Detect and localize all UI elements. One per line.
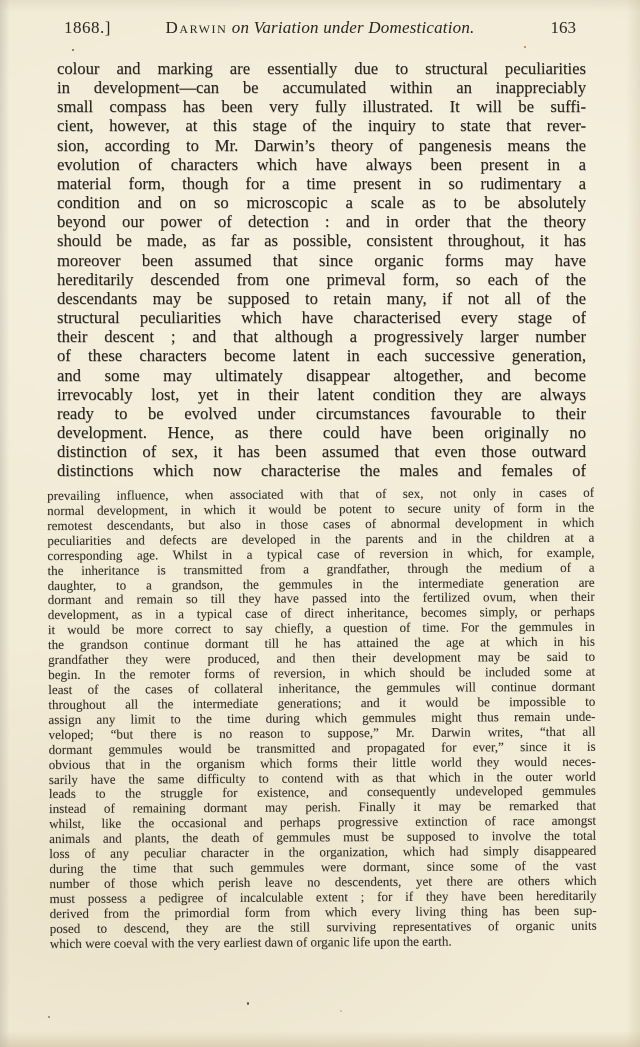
text-line: irrevocably lost, yet in their latent co… <box>57 385 586 404</box>
paper-speck <box>72 49 74 51</box>
text-line: descendants may be supposed to retain ma… <box>57 289 586 308</box>
text-line: structural peculiarities which have char… <box>57 308 586 327</box>
paper-speck <box>247 1002 249 1005</box>
page-header: 1868.] Darwin on Variation under Domesti… <box>0 18 640 44</box>
text-line: which were coeval with the very earliest… <box>50 933 597 951</box>
text-line: condition and on so microscopic a scale … <box>57 193 586 212</box>
text-line: their descent ; and that although a prog… <box>57 327 586 346</box>
text-line: and some may ultimately disappear altoge… <box>57 366 586 385</box>
text-line: development. Hence, as there could have … <box>57 423 586 442</box>
text-line: ready to be evolved under circumstances … <box>57 404 586 423</box>
text-line: distinctions which now characterise the … <box>57 461 586 480</box>
text-line: in development—can be accumulated within… <box>57 78 586 97</box>
text-line: cient, however, at this stage of the inq… <box>57 116 586 135</box>
footnote-text-block: prevailing influence, when associated wi… <box>47 486 597 952</box>
text-line: sion, according to Mr. Darwin’s theory o… <box>57 136 586 155</box>
header-year: 1868.] <box>64 18 111 38</box>
page-number: 163 <box>551 18 577 38</box>
text-line: beyond our power of detection : and in o… <box>57 212 586 231</box>
paper-speck <box>48 1016 50 1018</box>
running-title-text: on Variation under Domestication. <box>227 18 474 37</box>
paper-speck <box>340 1010 342 1012</box>
running-title: Darwin on Variation under Domestication. <box>110 18 530 38</box>
text-line: hereditarily descended from one primeval… <box>57 270 586 289</box>
text-line: moreover been assumed that since organic… <box>57 251 586 270</box>
text-line: colour and marking are essentially due t… <box>57 59 586 78</box>
text-line: evolution of characters which have alway… <box>57 155 586 174</box>
scanned-book-page: 1868.] Darwin on Variation under Domesti… <box>0 0 640 1047</box>
main-text-block: colour and marking are essentially due t… <box>57 59 586 480</box>
paper-speck <box>524 46 526 48</box>
text-line: material form, though for a time present… <box>57 174 586 193</box>
text-line: should be made, as far as possible, cons… <box>57 231 586 250</box>
text-line: distinction of sex, it has been assumed … <box>57 442 586 461</box>
text-line: small compass has been very fully illust… <box>57 97 586 116</box>
running-title-author: Darwin <box>165 18 227 37</box>
text-line: of these characters become latent in eac… <box>57 346 586 365</box>
